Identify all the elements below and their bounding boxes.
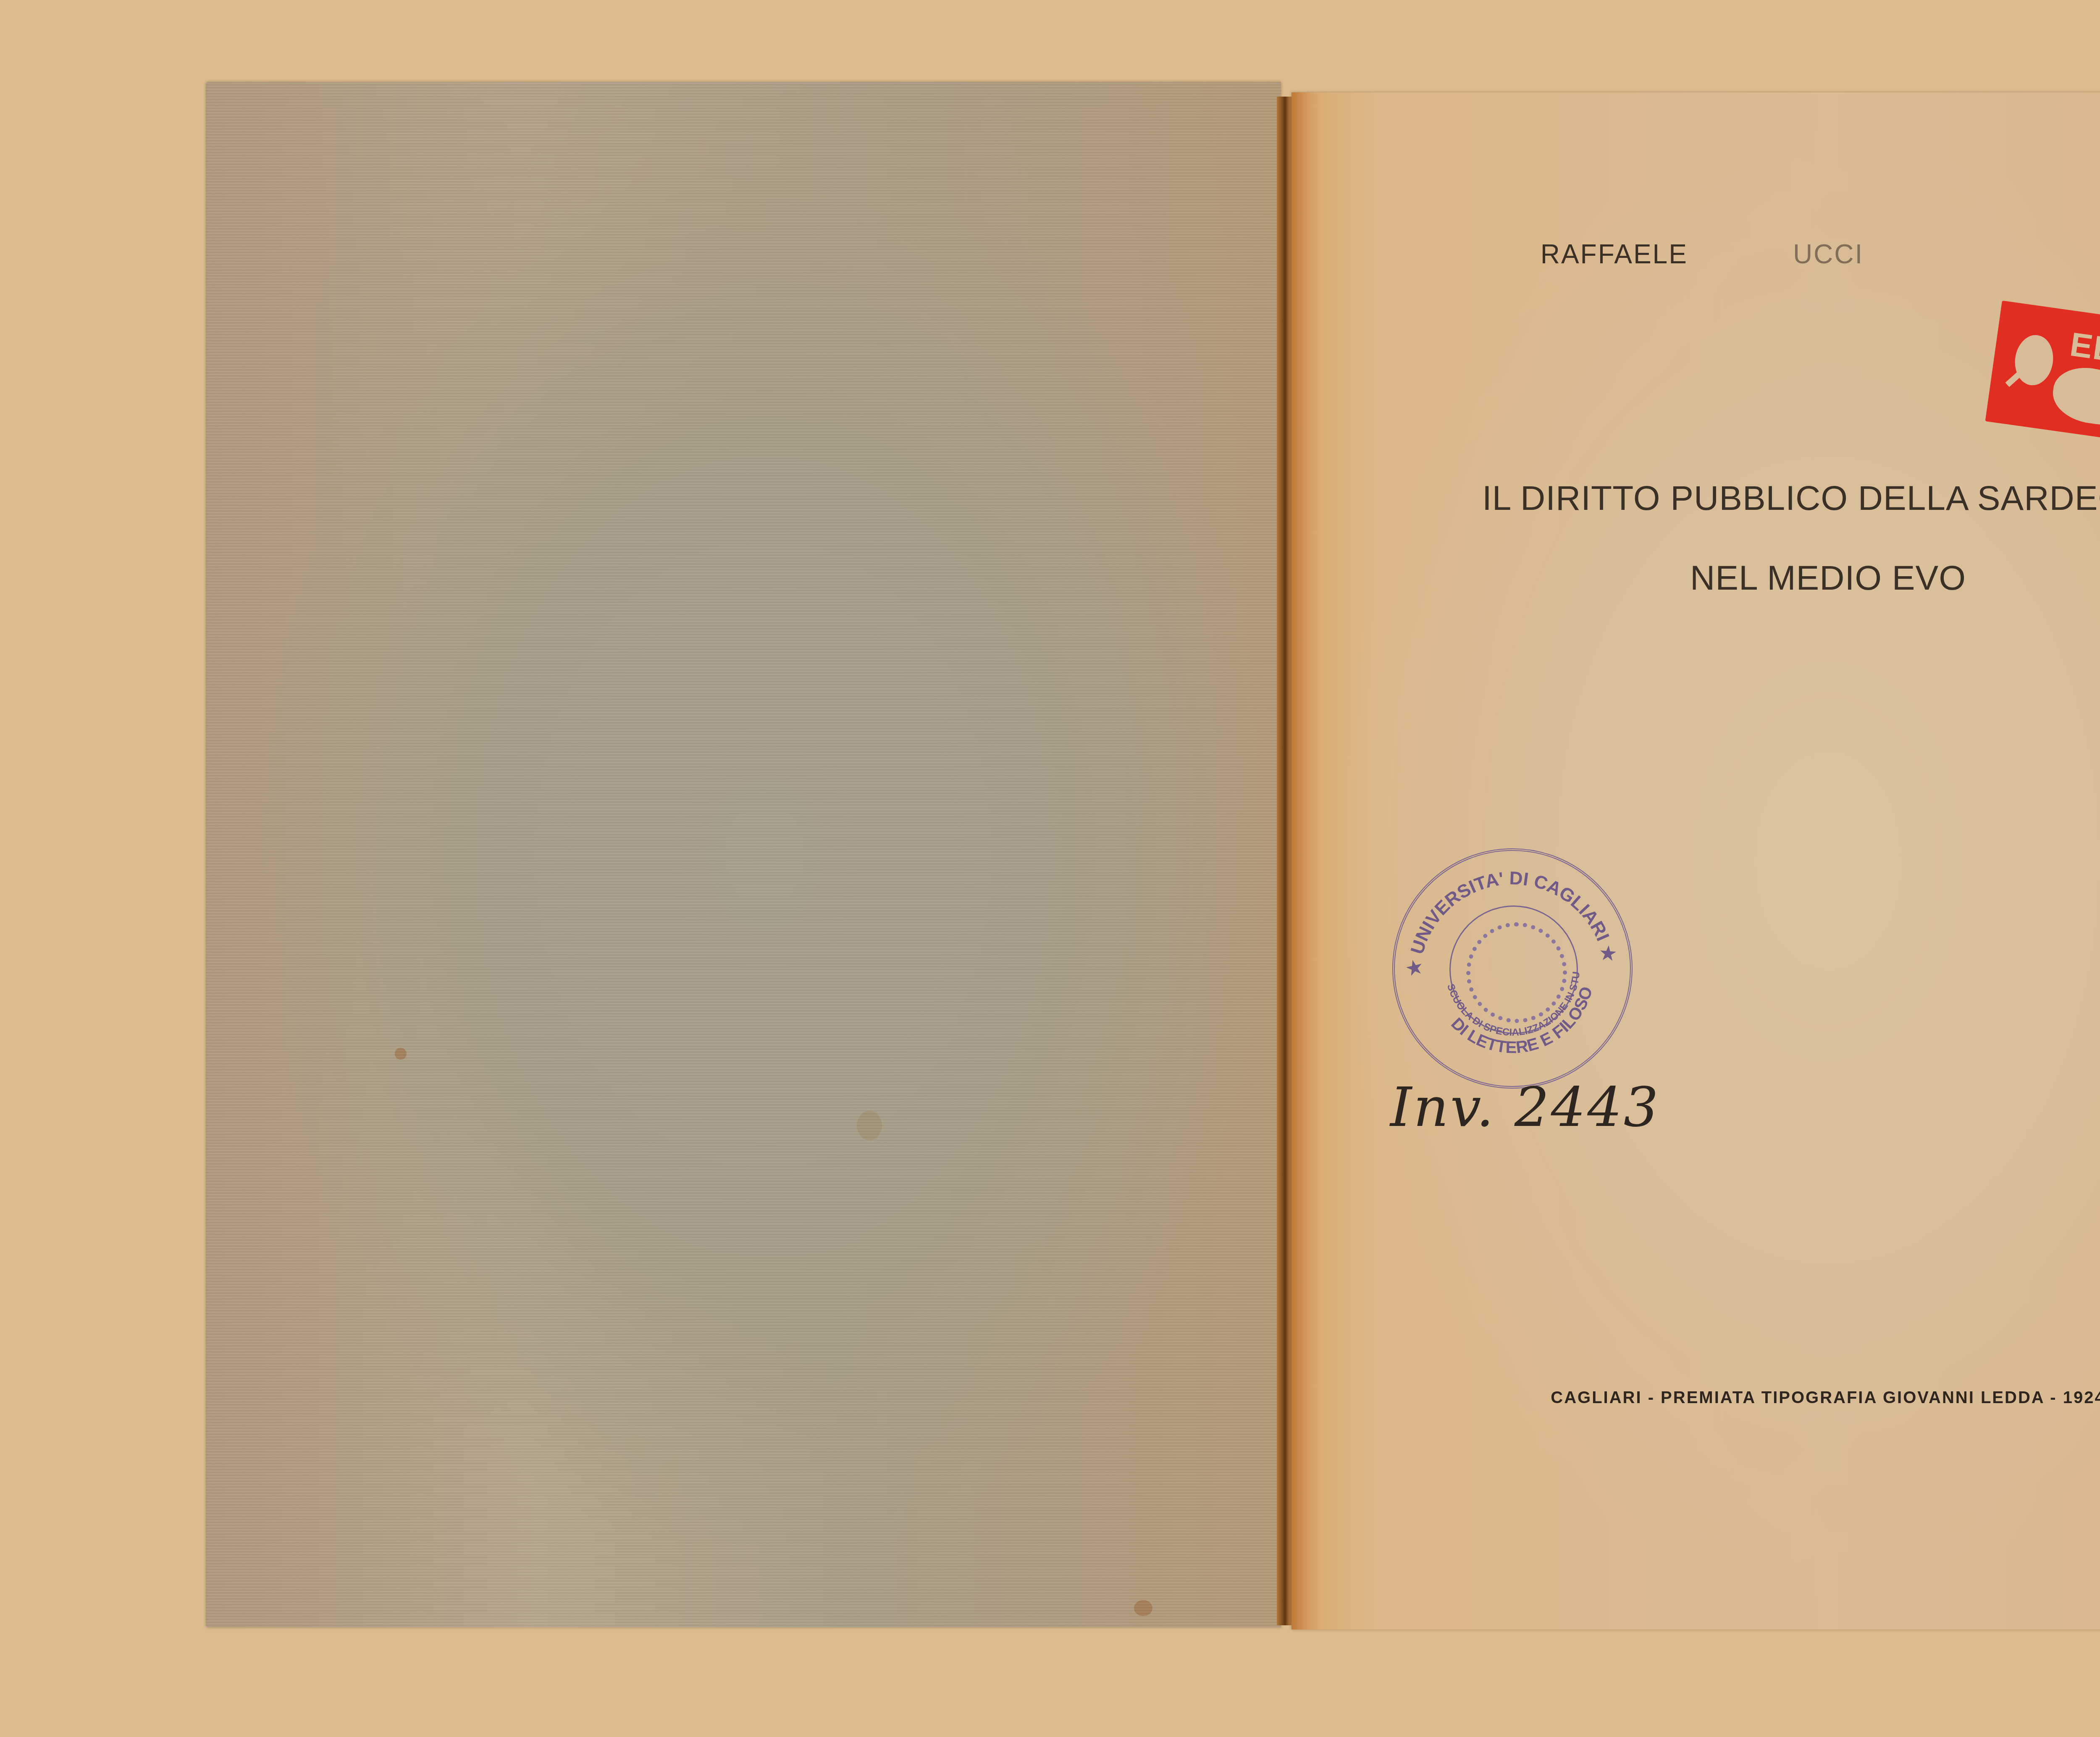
title-line-1: IL DIRITTO PUBBLICO DELLA SARDEGNA	[1291, 479, 2100, 518]
stain-spot	[857, 1111, 882, 1140]
author-surname-fragment: UCCI	[1793, 239, 1864, 269]
title-page: RAFFAELEUCCI EL IL DIRITTO PUBBLICO DELL…	[1291, 92, 2100, 1629]
title-line-2: NEL MEDIO EVO	[1291, 559, 2100, 598]
left-cover-page	[206, 82, 1281, 1627]
author-first-name: RAFFAELE	[1541, 239, 1688, 269]
stamp-letters: EL	[2068, 328, 2100, 367]
stain-spot	[395, 1048, 407, 1060]
red-library-stamp: EL	[1985, 301, 2100, 443]
stain-spot	[1134, 1600, 1152, 1616]
university-seal: ★ UNIVERSITA' DI CAGLIARI ★ SCUOLA DI SP…	[1392, 848, 1633, 1089]
publisher-imprint: CAGLIARI - PREMIATA TIPOGRAFIA GIOVANNI …	[1291, 1388, 2100, 1407]
svg-text:★ UNIVERSITA' DI CAGLIARI ★: ★ UNIVERSITA' DI CAGLIARI ★	[1403, 868, 1620, 977]
leaf-icon	[2049, 363, 2100, 428]
author-name: RAFFAELEUCCI	[1165, 239, 2100, 270]
book-spread: RAFFAELEUCCI EL IL DIRITTO PUBBLICO DELL…	[0, 0, 2100, 1737]
handwritten-inventory-number: Inv. 2443	[1390, 1075, 1660, 1139]
seal-text-ring: ★ UNIVERSITA' DI CAGLIARI ★ SCUOLA DI SP…	[1395, 851, 1630, 1086]
book-spine	[1277, 97, 1294, 1625]
